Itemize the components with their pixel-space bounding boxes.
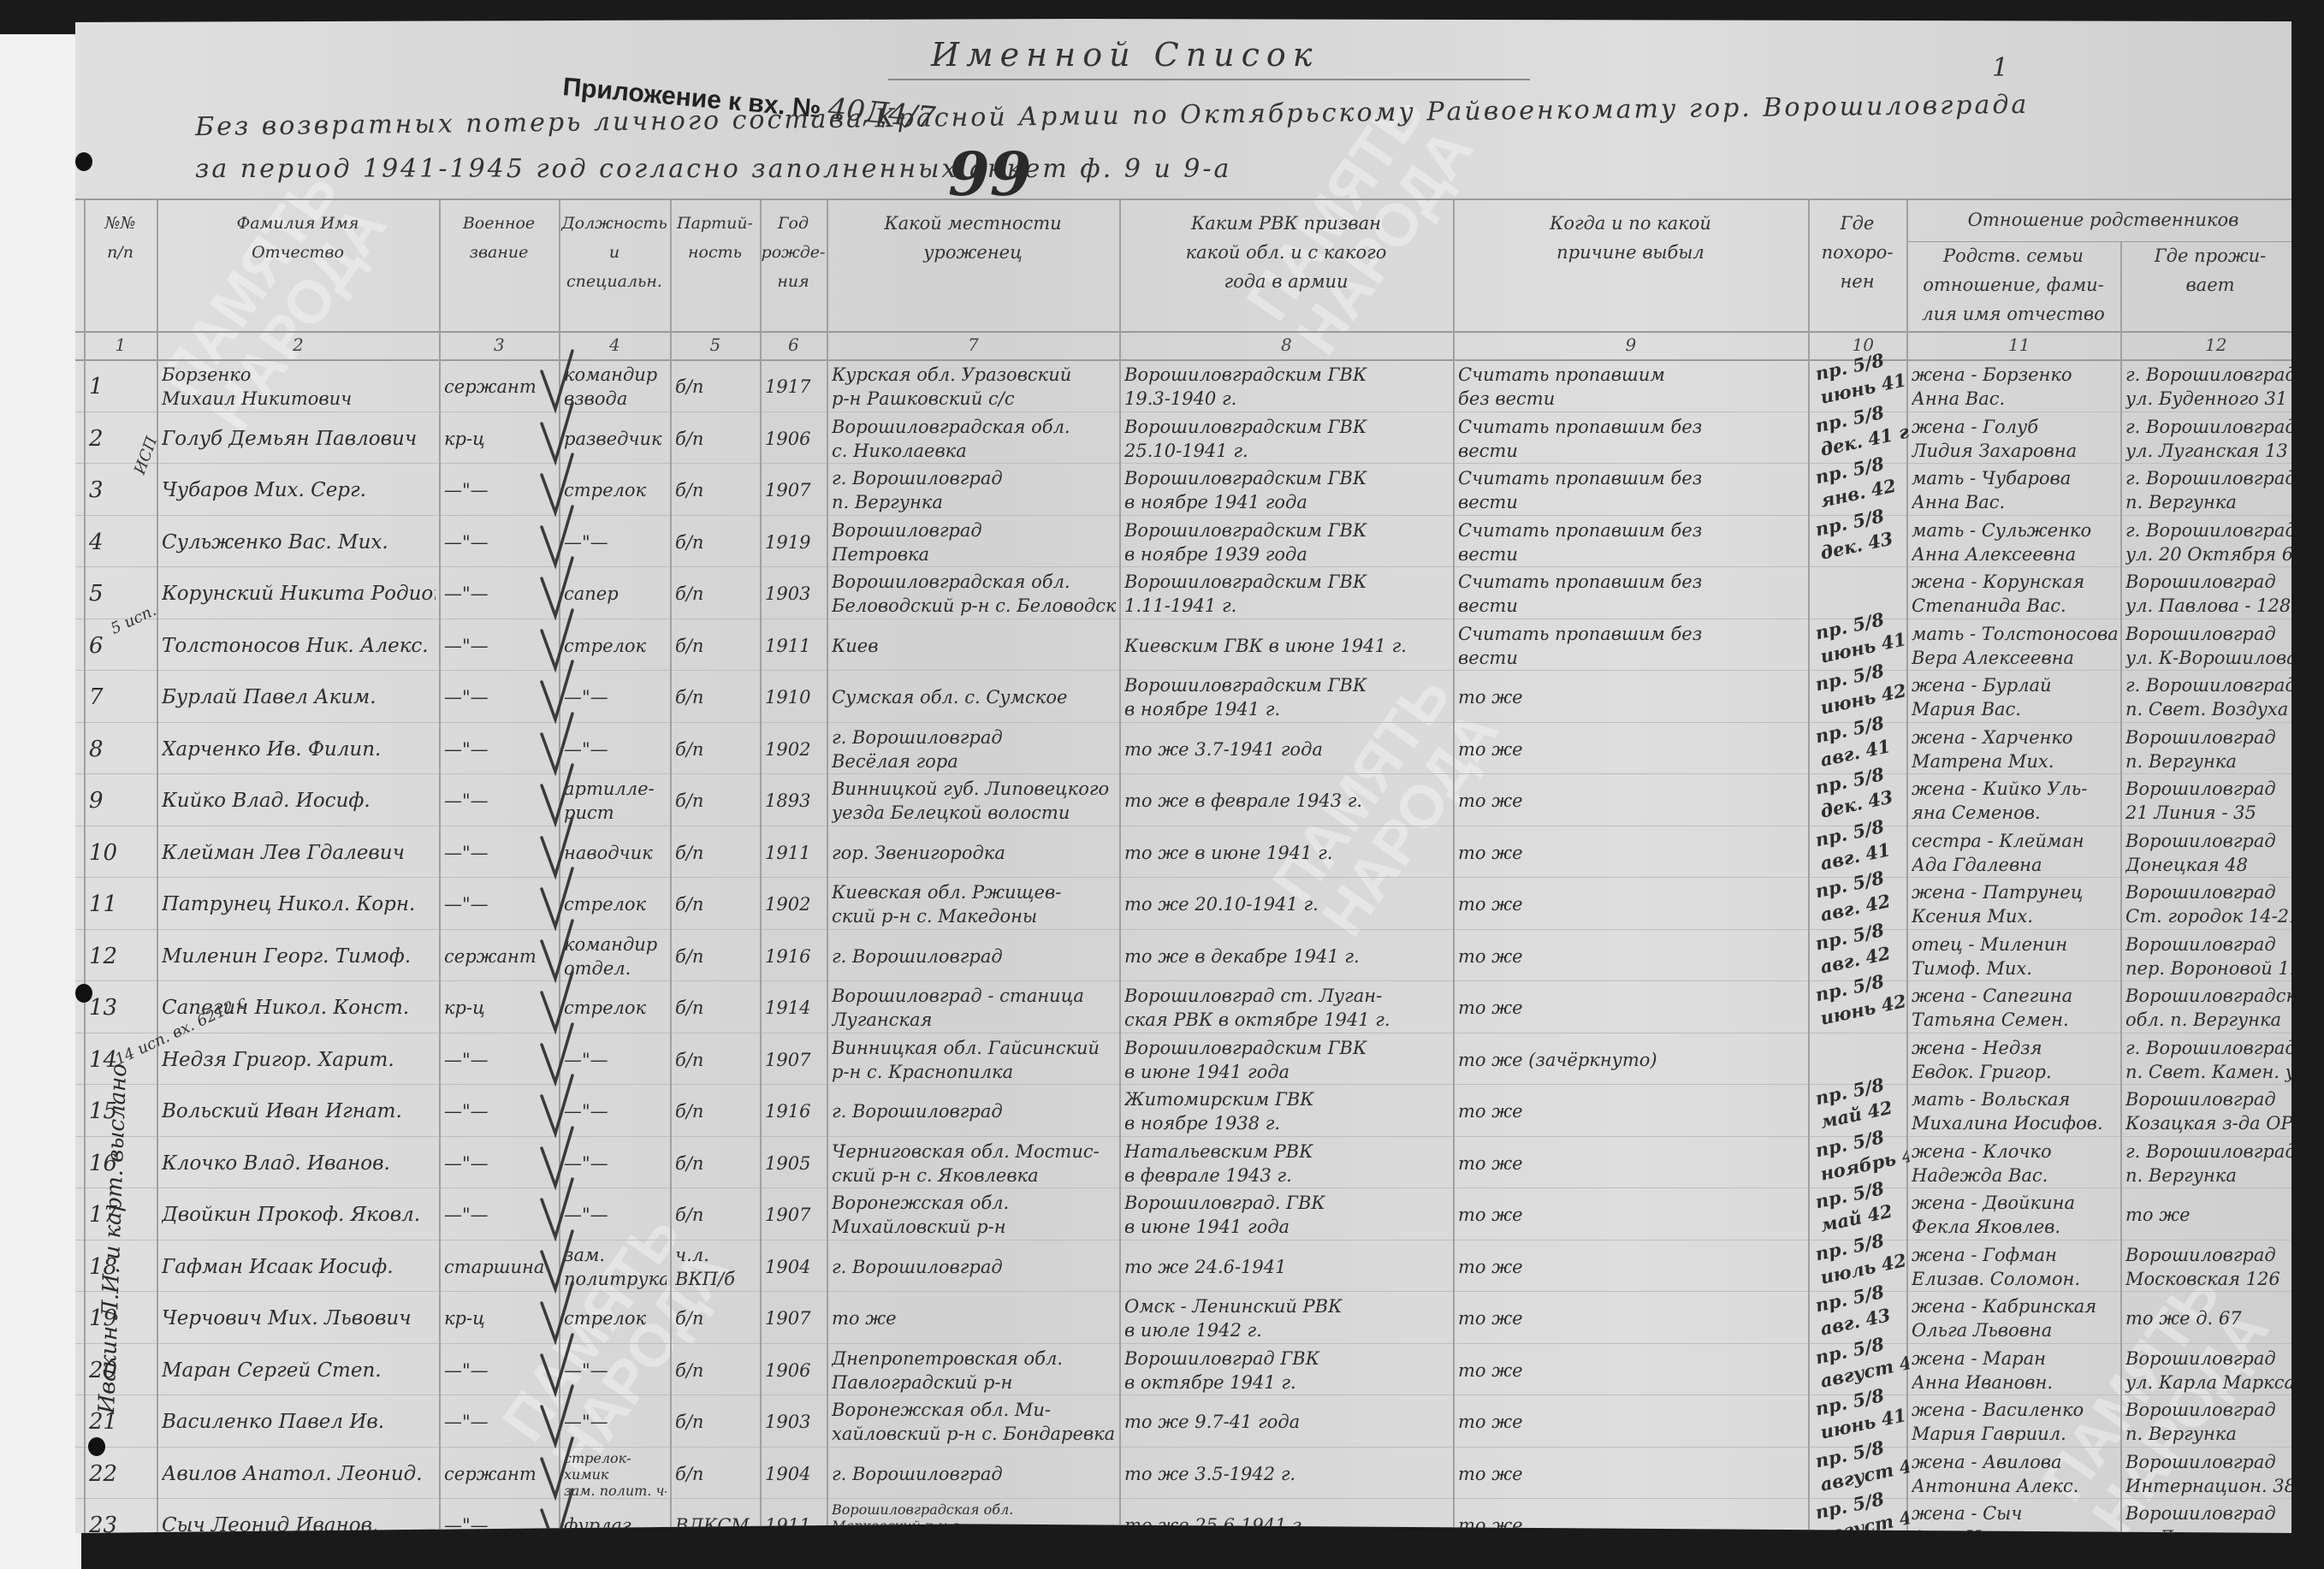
table-cell-birthplace: Воронежская обл. Михайловский р-н	[832, 1191, 1116, 1239]
table-cell-reason: то же (зачёркнуто)	[1458, 1048, 1805, 1072]
row-rule	[75, 1343, 2300, 1344]
table-cell-year: 1919	[765, 530, 823, 554]
column-number: 6	[788, 335, 799, 355]
table-cell-address: Ворошиловград ул. К-Ворошилова	[2125, 622, 2297, 670]
table-cell-rvk: то же в декабре 1941 г.	[1124, 944, 1450, 968]
checkmark-icon	[540, 459, 574, 519]
column-number: 7	[968, 335, 979, 355]
binder-hole	[88, 1437, 105, 1456]
column-divider	[670, 198, 672, 1559]
table-cell-n: 7	[89, 685, 153, 709]
column-divider	[760, 198, 762, 1559]
table-cell-party: б/п	[675, 582, 756, 606]
table-cell-relative: жена - Кийко Уль- яна Семенов.	[1912, 777, 2117, 825]
table-cell-relative: жена - Корунская Степанида Вас.	[1912, 570, 2117, 618]
table-cell-post: стрелок	[564, 478, 667, 502]
table-cell-post: —"—	[564, 1152, 667, 1175]
table-cell-name: Вольский Иван Игнат.	[162, 1099, 436, 1123]
checkmark-icon	[540, 1081, 574, 1140]
table-cell-n: 10	[89, 841, 153, 865]
table-cell-reason: Считать пропавшим без вести	[1458, 622, 1805, 670]
table-cell-year: 1911	[765, 841, 823, 865]
table-cell-post: —"—	[564, 685, 667, 709]
row-rule	[75, 515, 2300, 516]
table-cell-relative: жена - Борзенко Анна Вас.	[1912, 363, 2117, 411]
table-cell-birthplace: г. Ворошиловград Весёлая гора	[832, 725, 1116, 773]
column-divider	[157, 198, 158, 1559]
table-cell-rvk: Ворошиловградским ГВК 19.3-1940 г.	[1124, 363, 1450, 411]
table-cell-rank: —"—	[444, 634, 555, 658]
checkmark-icon	[540, 719, 574, 779]
column-divider	[1453, 198, 1455, 1559]
table-cell-rank: сержант	[444, 944, 555, 968]
table-cell-name: Авилов Анатол. Леонид.	[162, 1462, 436, 1486]
row-rule	[75, 1498, 2300, 1499]
table-cell-address: то же	[2125, 1203, 2297, 1227]
table-cell-rank: старшина	[444, 1255, 555, 1279]
checkmark-icon	[540, 1029, 574, 1089]
table-cell-relative: мать - Вольская Михалина Иосифов.	[1912, 1087, 2117, 1135]
table-cell-reason: Считать пропавшим без вести	[1458, 518, 1805, 566]
column-header: Какой местности уроженец	[827, 209, 1119, 267]
table-cell-year: 1904	[765, 1462, 823, 1486]
table-cell-year: 1911	[765, 634, 823, 658]
table-cell-year: 1903	[765, 582, 823, 606]
checkmark-icon	[540, 1184, 574, 1244]
column-number: 12	[2205, 335, 2226, 355]
table-cell-rvk: то же 25.6-1941 г.	[1124, 1513, 1450, 1537]
table-cell-reason: то же	[1458, 1152, 1805, 1175]
table-cell-birthplace: Киев	[832, 634, 1116, 658]
row-rule	[75, 826, 2300, 826]
table-cell-relative: жена - Харченко Матрена Мих.	[1912, 725, 2117, 773]
row-rule	[75, 463, 2300, 464]
table-cell-year: 1907	[765, 478, 823, 502]
row-rule	[75, 1136, 2300, 1137]
table-cell-year: 1906	[765, 427, 823, 451]
table-cell-address: г. Ворошиловград ул. Буденного 31	[2125, 363, 2297, 411]
column-divider	[439, 198, 441, 1559]
checkmark-icon	[540, 977, 574, 1037]
table-cell-reason: Считать пропавшим без вести	[1458, 570, 1805, 618]
table-cell-address: Ворошиловград 21 Линия - 35	[2125, 777, 2297, 825]
table-cell-relative: жена - Двойкина Фекла Яковлев.	[1912, 1191, 2117, 1239]
table-cell-party: б/п	[675, 1359, 756, 1382]
checkmark-icon	[540, 1443, 574, 1503]
table-cell-birthplace: Курская обл. Уразовский р-н Рашковский с…	[832, 363, 1116, 411]
table-cell-reason: то же	[1458, 1255, 1805, 1279]
table-cell-rvk: Ворошиловградским ГВК в ноябре 1939 года	[1124, 518, 1450, 566]
table-cell-name: Голуб Демьян Павлович	[162, 427, 436, 451]
table-cell-birthplace: гор. Звенигородка	[832, 841, 1116, 865]
checkmark-icon	[540, 926, 574, 986]
table-cell-name: Черчович Мих. Львович	[162, 1306, 436, 1330]
row-rule	[75, 773, 2300, 774]
table-cell-rvk: то же 3.7-1941 года	[1124, 737, 1450, 761]
table-cell-n: 1	[89, 375, 153, 399]
table-cell-rvk: Ворошиловградским ГВК 25.10-1941 г.	[1124, 415, 1450, 463]
row-rule	[75, 1033, 2300, 1033]
table-cell-relative: жена - Голуб Лидия Захаровна	[1912, 415, 2117, 463]
table-cell-party: б/п	[675, 1099, 756, 1123]
table-cell-relative: мать - Чубарова Анна Вас.	[1912, 466, 2117, 514]
table-cell-year: 1893	[765, 789, 823, 813]
checkmark-icon	[540, 512, 574, 571]
table-cell-address: Ворошиловград п. Вергунка	[2125, 1398, 2297, 1446]
table-cell-post: фурлаг	[564, 1513, 667, 1537]
row-rule	[75, 670, 2300, 671]
table-cell-birthplace: Ворошиловград Петровка	[832, 518, 1116, 566]
row-rule	[75, 929, 2300, 930]
column-number: 4	[609, 335, 620, 355]
table-cell-rank: —"—	[444, 1359, 555, 1382]
table-cell-reason: Считать пропавшим без вести	[1458, 466, 1805, 514]
table-cell-n: 8	[89, 737, 153, 761]
table-cell-birthplace: Винницкая обл. Гайсинский р-н с. Красноп…	[832, 1036, 1116, 1084]
table-cell-rvk: то же в феврале 1943 г.	[1124, 789, 1450, 813]
table-cell-reason: то же	[1458, 1462, 1805, 1486]
table-cell-birthplace: Сумская обл. с. Сумское	[832, 685, 1116, 709]
subtitle-line-2: за период 1941-1945 год согласно заполне…	[195, 154, 1231, 184]
table-cell-post: стрелок	[564, 634, 667, 658]
table-cell-address: Ворошиловград п. Вергунка	[2125, 725, 2297, 773]
table-cell-reason: то же	[1458, 1359, 1805, 1382]
table-cell-address: г. Ворошиловград п. Свет. Воздуха 65	[2125, 673, 2297, 721]
table-cell-birthplace: г. Ворошиловград	[832, 1099, 1116, 1123]
checkmark-icon	[540, 408, 574, 468]
table-cell-name: Толстоносов Ник. Алекс.	[162, 634, 436, 658]
table-cell-rvk: Ворошиловградским ГВК в ноябре 1941 г.	[1124, 673, 1450, 721]
table-cell-relative: мать - Сульженко Анна Алексеевна	[1912, 518, 2117, 566]
table-cell-rank: —"—	[444, 685, 555, 709]
row-rule	[75, 1447, 2300, 1448]
table-cell-rank: —"—	[444, 1203, 555, 1227]
checkmark-icon	[540, 666, 574, 726]
table-cell-reason: то же	[1458, 789, 1805, 813]
table-cell-relative: жена - Василенко Мария Гавриил.	[1912, 1398, 2117, 1446]
table-cell-post: артилле- рист	[564, 777, 667, 825]
table-cell-rvk: Ворошиловград ГВК в октябре 1941 г.	[1124, 1347, 1450, 1394]
table-cell-address: Ворошиловград Интернацион. 38	[2125, 1450, 2297, 1498]
table-cell-party: б/п	[675, 841, 756, 865]
column-header: Каким РВК призван какой обл. и с какого …	[1119, 209, 1453, 296]
row-rule	[75, 1291, 2300, 1292]
column-header: Где похоро- нен	[1808, 209, 1906, 296]
table-cell-relative: жена - Гофман Елизав. Соломон.	[1912, 1243, 2117, 1291]
table-cell-post: разведчик	[564, 427, 667, 451]
column-number: 2	[293, 335, 304, 355]
table-cell-year: 1916	[765, 944, 823, 968]
table-cell-party: б/п	[675, 789, 756, 813]
table-cell-relative: жена - Маран Анна Ивановн.	[1912, 1347, 2117, 1394]
table-cell-reason: то же	[1458, 1410, 1805, 1434]
table-cell-n: 4	[89, 530, 153, 554]
table-cell-year: 1905	[765, 1152, 823, 1175]
table-cell-name: Кийко Влад. Иосиф.	[162, 789, 436, 813]
table-cell-post: —"—	[564, 1359, 667, 1382]
table-cell-reason: то же	[1458, 841, 1805, 865]
table-cell-birthplace: Ворошиловград - станица Луганская	[832, 984, 1116, 1032]
table-cell-name: Недзя Григор. Харит.	[162, 1048, 436, 1072]
table-cell-rvk: Ворошиловград ст. Луган- ская РВК в октя…	[1124, 984, 1450, 1032]
table-cell-address: то же д. 67	[2125, 1306, 2297, 1330]
row-rule	[75, 566, 2300, 567]
column-divider	[84, 198, 86, 1559]
corner-mark: 1	[1992, 53, 2008, 83]
scanner-margin	[0, 34, 81, 1569]
table-cell-address: Ворошиловград ул. Павлова - 128	[2125, 570, 2297, 618]
table-cell-party: б/п	[675, 530, 756, 554]
table-cell-party: б/п	[675, 892, 756, 916]
column-number: 9	[1626, 335, 1637, 355]
table-cell-n: 9	[89, 789, 153, 813]
table-cell-birthplace: Ворошиловградская обл. Марковский р-н с.…	[832, 1501, 1116, 1550]
table-cell-post: командир взвода	[564, 363, 667, 411]
table-cell-relative: жена - Авилова Антонина Алекс.	[1912, 1450, 2117, 1498]
table-cell-reason: то же	[1458, 685, 1805, 709]
table-cell-address: Ворошиловградская обл. п. Вергунка	[2125, 984, 2297, 1032]
table-cell-post: —"—	[564, 1048, 667, 1072]
table-cell-name: Корунский Никита Родион.	[162, 582, 436, 606]
table-cell-post: стрелок	[564, 996, 667, 1020]
table-cell-party: б/п	[675, 1306, 756, 1330]
table-cell-party: б/п	[675, 1048, 756, 1072]
row-rule	[75, 722, 2300, 723]
checkmark-icon	[540, 1133, 574, 1193]
column-header: Военное звание	[439, 209, 559, 267]
table-cell-year: 1907	[765, 1306, 823, 1330]
table-cell-rvk: Ворошиловградским ГВК в июне 1941 года	[1124, 1036, 1450, 1084]
table-cell-post: сапер	[564, 582, 667, 606]
table-cell-rank: —"—	[444, 582, 555, 606]
checkmark-icon	[540, 1288, 574, 1347]
row-rule	[75, 1394, 2300, 1395]
table-cell-birthplace: Черниговская обл. Мостис- ский р-н с. Як…	[832, 1140, 1116, 1187]
table-cell-relative: жена - Кабринская Ольга Львовна	[1912, 1294, 2117, 1342]
column-divider	[1808, 198, 1810, 1559]
table-cell-rvk: Омск - Ленинский РВК в июле 1942 г.	[1124, 1294, 1450, 1342]
checkmark-icon	[540, 1495, 574, 1554]
table-cell-name: Василенко Павел Ив.	[162, 1410, 436, 1434]
table-cell-rvk: Ворошиловградским ГВК в ноябре 1941 года	[1124, 466, 1450, 514]
table-cell-party: б/п	[675, 427, 756, 451]
table-cell-rvk: Ворошиловградским ГВК 1.11-1941 г.	[1124, 570, 1450, 618]
column-number: 8	[1281, 335, 1292, 355]
column-number: 5	[710, 335, 721, 355]
table-cell-n: 6	[89, 634, 153, 658]
subtitle-line-1: Без возвратных потерь личного состава Кр…	[195, 90, 2030, 142]
table-cell-n: 22	[89, 1462, 153, 1486]
row-rule	[75, 1240, 2300, 1240]
table-cell-name: Миленин Георг. Тимоф.	[162, 944, 436, 968]
table-cell-relative: отец - Миленин Тимоф. Мих.	[1912, 933, 2117, 980]
table-cell-rvk: то же 24.6-1941	[1124, 1255, 1450, 1279]
table-cell-rvk: то же 3.5-1942 г.	[1124, 1462, 1450, 1486]
table-cell-party: б/п	[675, 737, 756, 761]
table-cell-party: б/п	[675, 1462, 756, 1486]
table-cell-rank: —"—	[444, 530, 555, 554]
table-cell-address: г. Ворошиловград ул. Луганская 13	[2125, 415, 2297, 463]
column-header: Партий- ность	[670, 209, 760, 267]
table-cell-n: 3	[89, 478, 153, 502]
column-number: 3	[494, 335, 505, 355]
table-cell-relative: мать - Толстоносова Вера Алексеевна	[1912, 622, 2117, 670]
column-header: Когда и по какой причине выбыл	[1453, 209, 1808, 267]
table-cell-name: Гафман Исаак Иосиф.	[162, 1255, 436, 1279]
table-cell-rank: —"—	[444, 1152, 555, 1175]
table-cell-post: —"—	[564, 530, 667, 554]
table-cell-party: ВЛКСМ	[675, 1513, 756, 1537]
table-cell-address: г. Ворошиловград п. Свет. Камен. уголь	[2125, 1036, 2297, 1084]
table-cell-rvk: Ворошиловград. ГВК в июне 1941 года	[1124, 1191, 1450, 1239]
checkmark-icon	[540, 615, 574, 675]
table-cell-birthplace: г. Ворошиловград	[832, 1462, 1116, 1486]
table-cell-rank: —"—	[444, 1099, 555, 1123]
table-cell-rvk: Натальевским РВК в феврале 1943 г.	[1124, 1140, 1450, 1187]
title-underline	[888, 79, 1530, 80]
table-cell-rank: сержант	[444, 1462, 555, 1486]
table-cell-reason: то же	[1458, 1306, 1805, 1330]
table-cell-n: 12	[89, 944, 153, 968]
column-header: Фамилия Имя Отчество	[157, 209, 439, 267]
table-cell-party: б/п	[675, 1410, 756, 1434]
table-cell-reason: то же	[1458, 1203, 1805, 1227]
table-cell-rank: —"—	[444, 737, 555, 761]
table-cell-reason: то же	[1458, 1099, 1805, 1123]
table-cell-relative: жена - Сапегина Татьяна Семен.	[1912, 984, 2117, 1032]
binder-hole	[75, 984, 92, 1003]
table-cell-reason: то же	[1458, 892, 1805, 916]
table-cell-birthplace: то же	[832, 1306, 1116, 1330]
row-rule	[75, 411, 2300, 412]
column-header: №№ п/п	[84, 209, 157, 267]
table-cell-birthplace: г. Ворошиловград	[832, 1255, 1116, 1279]
table-cell-year: 1916	[765, 1099, 823, 1123]
table-cell-year: 1904	[765, 1255, 823, 1279]
table-cell-birthplace: Днепропетровская обл. Павлоградский р-н	[832, 1347, 1116, 1394]
table-cell-address: Ворошиловград ул. Дзержинского - 8	[2125, 1501, 2297, 1549]
table-cell-name: Сульженко Вас. Мих.	[162, 530, 436, 554]
table-cell-year: 1907	[765, 1203, 823, 1227]
table-cell-party: б/п	[675, 634, 756, 658]
table-cell-party: б/п	[675, 1152, 756, 1175]
table-cell-name: Борзенко Михаил Никитович	[162, 363, 436, 411]
table-cell-address: Ворошиловград пер. Вороновой 113	[2125, 933, 2297, 980]
table-cell-reason: то же	[1458, 996, 1805, 1020]
table-cell-rank: —"—	[444, 789, 555, 813]
column-number: 1	[116, 335, 127, 355]
table-cell-year: 1903	[765, 1410, 823, 1434]
table-cell-post: наводчик	[564, 841, 667, 865]
table-cell-relative: жена - Бурлай Мария Вас.	[1912, 673, 2117, 721]
table-cell-year: 1910	[765, 685, 823, 709]
table-cell-year: 1902	[765, 737, 823, 761]
row-rule	[75, 980, 2300, 981]
table-cell-relative: жена - Сыч Анна Ивановна	[1912, 1501, 2117, 1549]
table-cell-year: 1917	[765, 375, 823, 399]
checkmark-icon	[540, 873, 574, 933]
group-header: Отношение родственников	[1906, 205, 2300, 234]
checkmark-icon	[540, 1391, 574, 1451]
checkmark-icon	[540, 770, 574, 830]
table-cell-rank: —"—	[444, 892, 555, 916]
document-title: Именной Список	[931, 36, 1319, 74]
table-cell-year: 1907	[765, 1048, 823, 1072]
table-cell-reason: Считать пропавшим без вести	[1458, 415, 1805, 463]
table-cell-name: Чубаров Мих. Серг.	[162, 478, 436, 502]
column-divider	[2300, 198, 2302, 1559]
margin-note-row5: 5 исп.	[108, 601, 159, 638]
table-cell-address: г. Ворошиловград п. Вергунка	[2125, 466, 2297, 514]
table-cell-address: г. Ворошиловград п. Вергунка	[2125, 1140, 2297, 1187]
table-cell-post: —"—	[564, 737, 667, 761]
table-cell-birthplace: Воронежская обл. Ми- хайловский р-н с. Б…	[832, 1398, 1116, 1446]
column-header: Где прожи- вает	[2120, 241, 2300, 299]
table-cell-rvk: Киевским ГВК в июне 1941 г.	[1124, 634, 1450, 658]
document-sheet: ПАМЯТЬ НАРОДА ПАМЯТЬ НАРОДА ПАМЯТЬ НАРОД…	[75, 19, 2291, 1533]
table-cell-address: Ворошиловград Козацкая з-да ОР 79-1	[2125, 1087, 2297, 1135]
table-cell-party: б/п	[675, 1203, 756, 1227]
table-cell-post: стрелок	[564, 892, 667, 916]
checkmark-icon	[540, 356, 574, 416]
table-cell-rank: —"—	[444, 1410, 555, 1434]
binder-hole	[75, 152, 92, 171]
table-cell-post: —"—	[564, 1203, 667, 1227]
column-header: Год рожде- ния	[760, 209, 827, 296]
table-cell-name: Сыч Леонид Иванов.	[162, 1513, 436, 1537]
row-rule	[75, 1187, 2300, 1188]
table-cell-n: 11	[89, 892, 153, 916]
table-cell-address: Ворошиловград ул. Карла Маркса 10	[2125, 1347, 2297, 1394]
table-cell-year: 1906	[765, 1359, 823, 1382]
table-cell-address: Ворошиловград Донецкая 48	[2125, 829, 2297, 877]
header-bottom-border	[75, 331, 2300, 333]
column-number: 11	[2008, 335, 2030, 355]
table-cell-year: 1911	[765, 1513, 823, 1537]
table-cell-rank: кр-ц	[444, 427, 555, 451]
table-cell-rvk: то же 9.7-41 года	[1124, 1410, 1450, 1434]
table-cell-post: стрелок	[564, 1306, 667, 1330]
column-number-row-border	[75, 359, 2300, 361]
table-cell-n: 23	[89, 1513, 153, 1537]
table-cell-name: Клочко Влад. Иванов.	[162, 1152, 436, 1175]
table-cell-birthplace: Ворошиловградская обл. с. Николаевка	[832, 415, 1116, 463]
table-cell-reason: то же	[1458, 944, 1805, 968]
table-cell-relative: жена - Недзя Евдок. Григор.	[1912, 1036, 2117, 1084]
table-cell-rank: —"—	[444, 478, 555, 502]
table-cell-birthplace: Ворошиловградская обл. Беловодский р-н с…	[832, 570, 1116, 618]
table-cell-relative: жена - Клочко Надежда Вас.	[1912, 1140, 2117, 1187]
table-cell-rank: —"—	[444, 841, 555, 865]
table-cell-post: стрелок- химик зам. полит. ч-к	[564, 1450, 667, 1499]
table-cell-birthplace: Винницкой губ. Липовецкого уезда Белецко…	[832, 777, 1116, 825]
column-divider	[2120, 241, 2122, 1559]
table-cell-reason: Считать пропавшим без вести	[1458, 363, 1805, 411]
table-cell-rank: сержант	[444, 375, 555, 399]
table-cell-name: Маран Сергей Степ.	[162, 1359, 436, 1382]
table-cell-name: Патрунец Никол. Корн.	[162, 892, 436, 916]
table-cell-name: Харченко Ив. Филип.	[162, 737, 436, 761]
checkmark-icon	[540, 1236, 574, 1296]
table-cell-post: зам. политрука	[564, 1243, 667, 1291]
table-cell-rvk: то же в июне 1941 г.	[1124, 841, 1450, 865]
table-cell-reason: то же	[1458, 1513, 1805, 1537]
table-cell-address: Ворошиловград Ст. городок 14-21	[2125, 880, 2297, 928]
table-cell-relative: жена - Патрунец Ксения Мих.	[1912, 880, 2117, 928]
table-cell-birthplace: г. Ворошиловград п. Вергунка	[832, 466, 1116, 514]
table-cell-party: ч.л. ВКП/б	[675, 1243, 756, 1291]
table-cell-party: б/п	[675, 375, 756, 399]
